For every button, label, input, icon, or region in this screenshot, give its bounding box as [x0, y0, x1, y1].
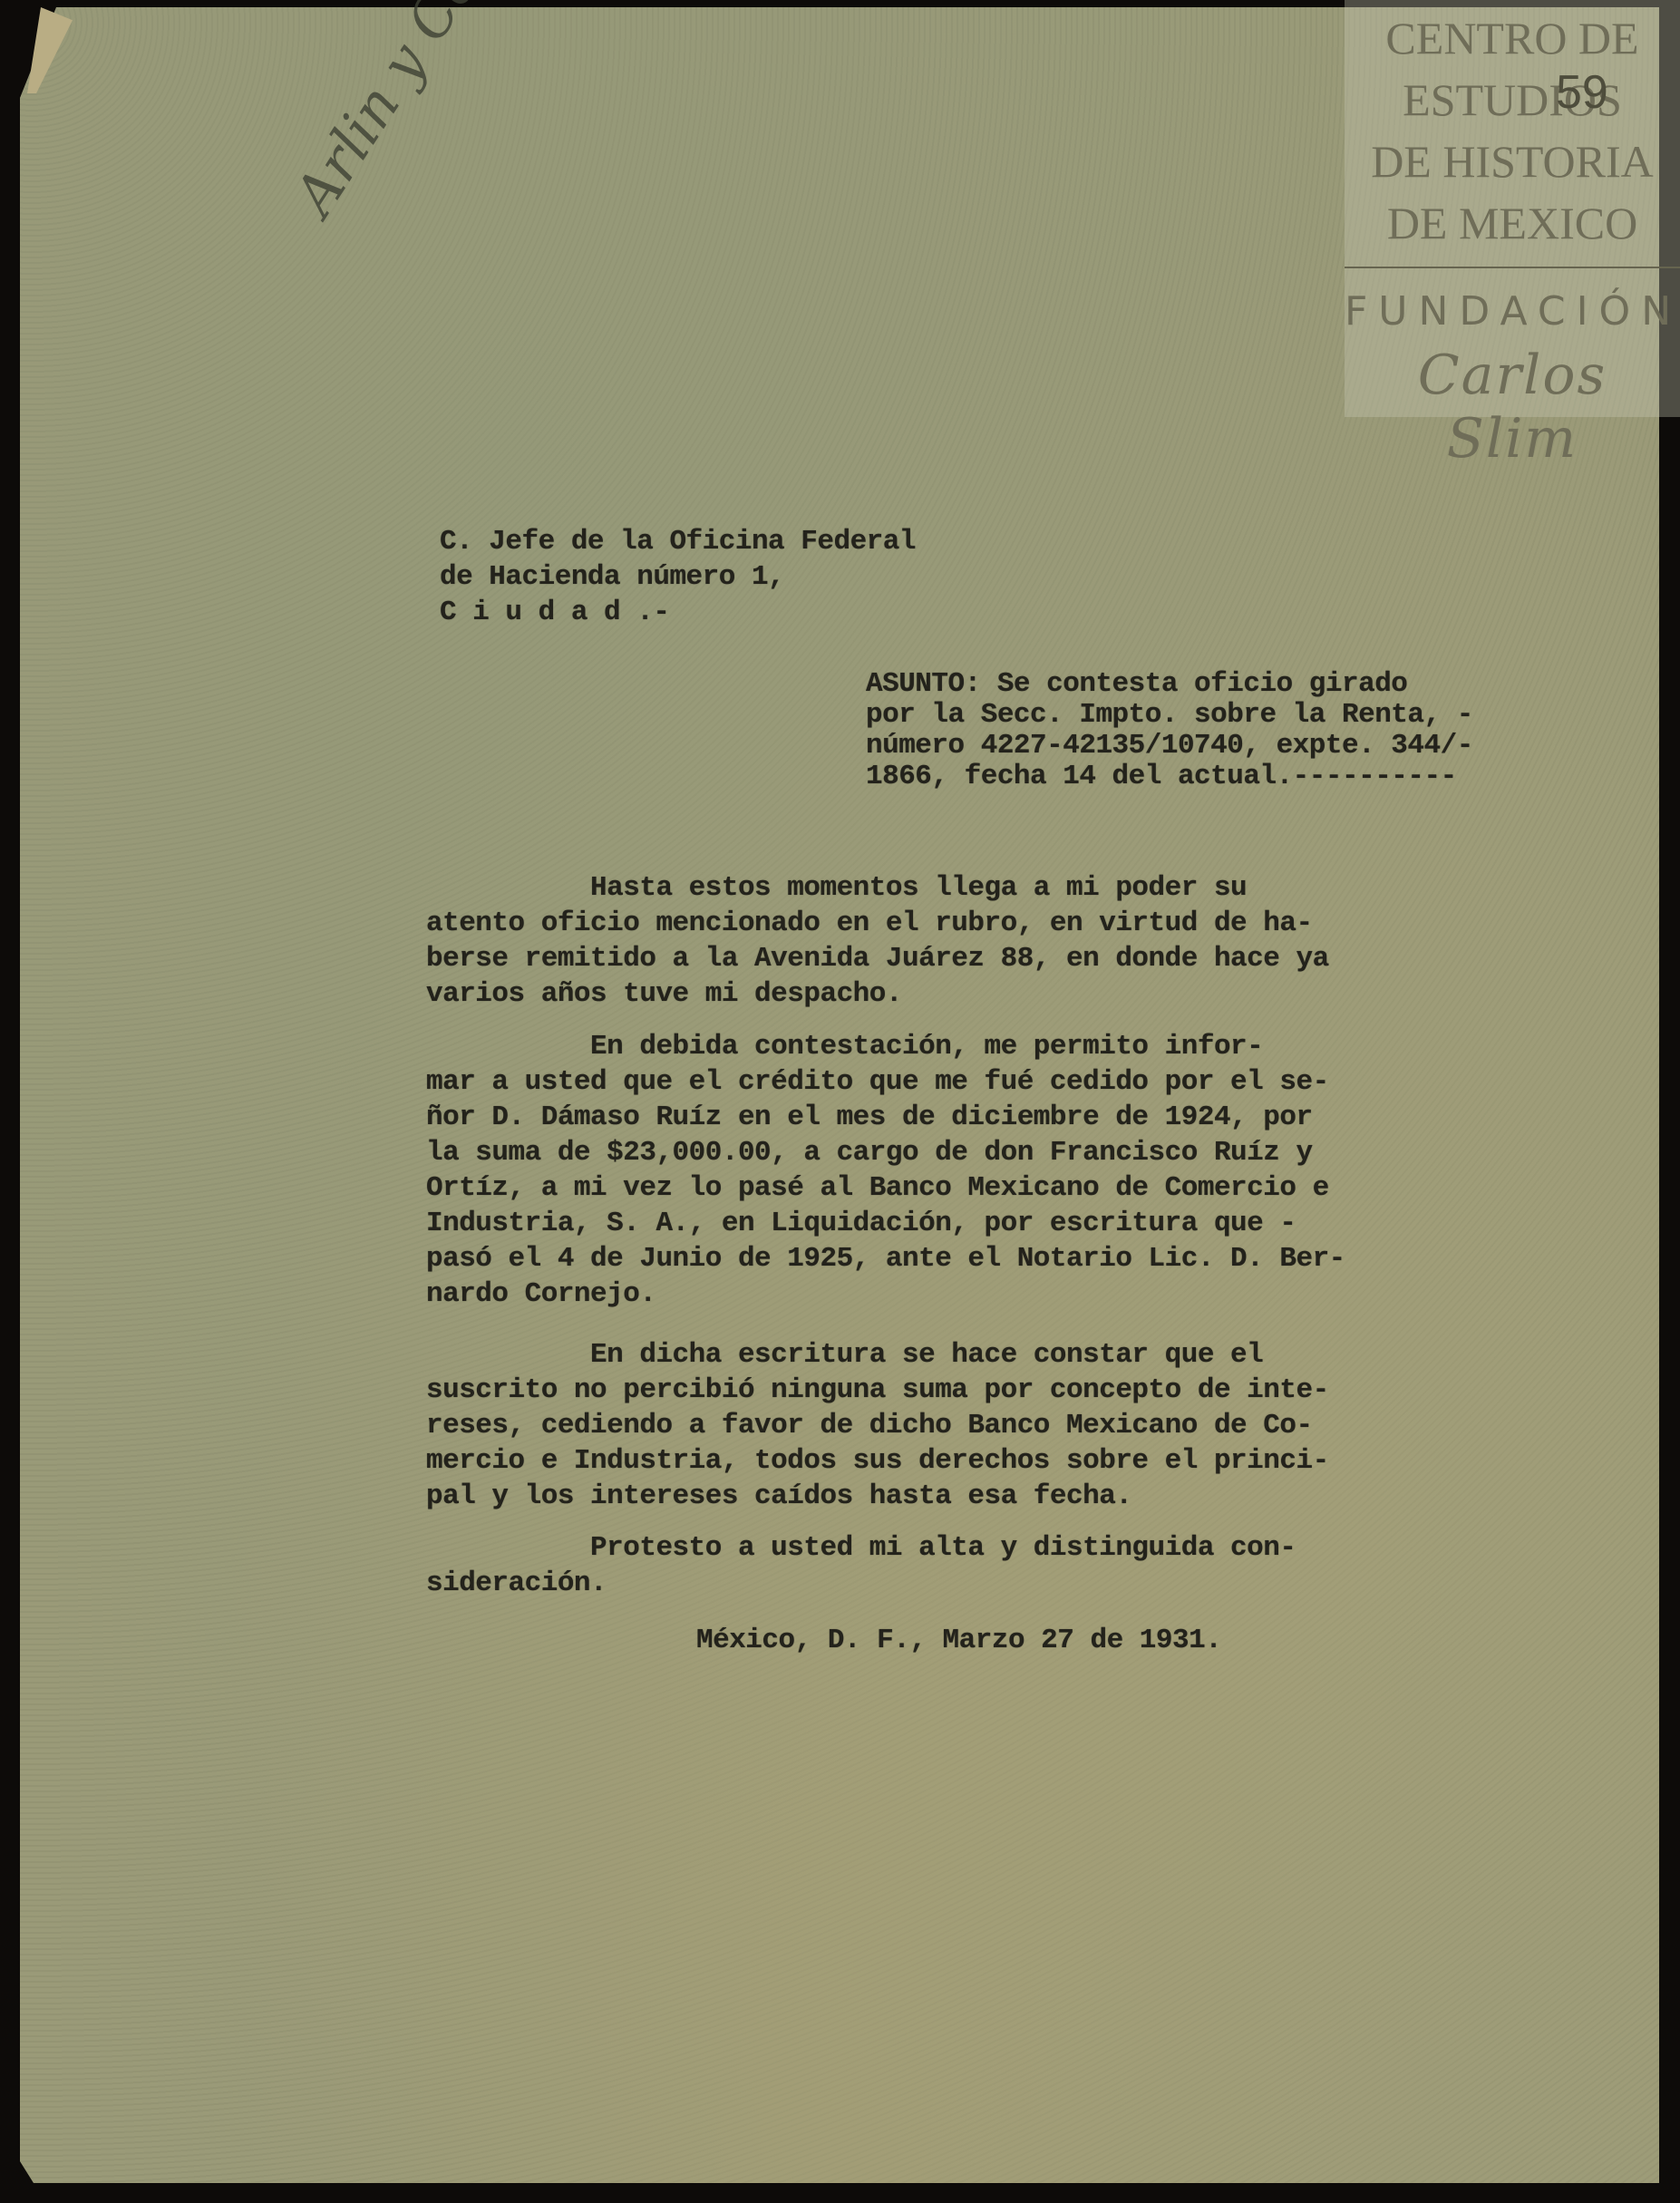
body-paragraph: En debida contestación, me permito infor… — [426, 1029, 1345, 1312]
page-number: 59 — [1556, 65, 1608, 120]
institution-line: DE HISTORIA — [1345, 131, 1680, 192]
body-paragraph: En dicha escritura se hace constar que e… — [426, 1337, 1329, 1514]
stamp-divider — [1345, 267, 1680, 268]
institution-line: DE MEXICO — [1345, 192, 1680, 254]
subject-line: ASUNTO: Se contesta oficio girado — [866, 669, 1473, 700]
addressee-line: C. Jefe de la Oficina Federal — [440, 524, 916, 559]
institution-line: ESTUDIOS — [1345, 69, 1680, 131]
institution-line: CENTRO DE — [1345, 7, 1680, 69]
institution-name: CENTRO DE ESTUDIOS DE HISTORIA DE MEXICO — [1345, 0, 1680, 254]
addressee-block: C. Jefe de la Oficina Federalde Hacienda… — [440, 524, 916, 630]
foundation-label: FUNDACIÓN — [1345, 288, 1680, 335]
body-paragraph: Hasta estos momentos llega a mi poder su… — [426, 870, 1329, 1012]
subject-block: ASUNTO: Se contesta oficio giradopor la … — [866, 669, 1473, 792]
archive-stamp: CENTRO DE ESTUDIOS DE HISTORIA DE MEXICO… — [1345, 0, 1680, 417]
foundation-name: Carlos Slim — [1345, 344, 1680, 471]
subject-line: 1866, fecha 14 del actual.---------- — [866, 762, 1473, 792]
addressee-line: C i u d a d .- — [440, 595, 916, 630]
addressee-line: de Hacienda número 1, — [440, 559, 916, 595]
closing-paragraph: Protesto a usted mi alta y distinguida c… — [426, 1530, 1296, 1601]
place-date-line: México, D. F., Marzo 27 de 1931. — [696, 1623, 1221, 1658]
subject-line: número 4227-42135/10740, expte. 344/- — [866, 731, 1473, 762]
subject-line: por la Secc. Impto. sobre la Renta, - — [866, 700, 1473, 731]
